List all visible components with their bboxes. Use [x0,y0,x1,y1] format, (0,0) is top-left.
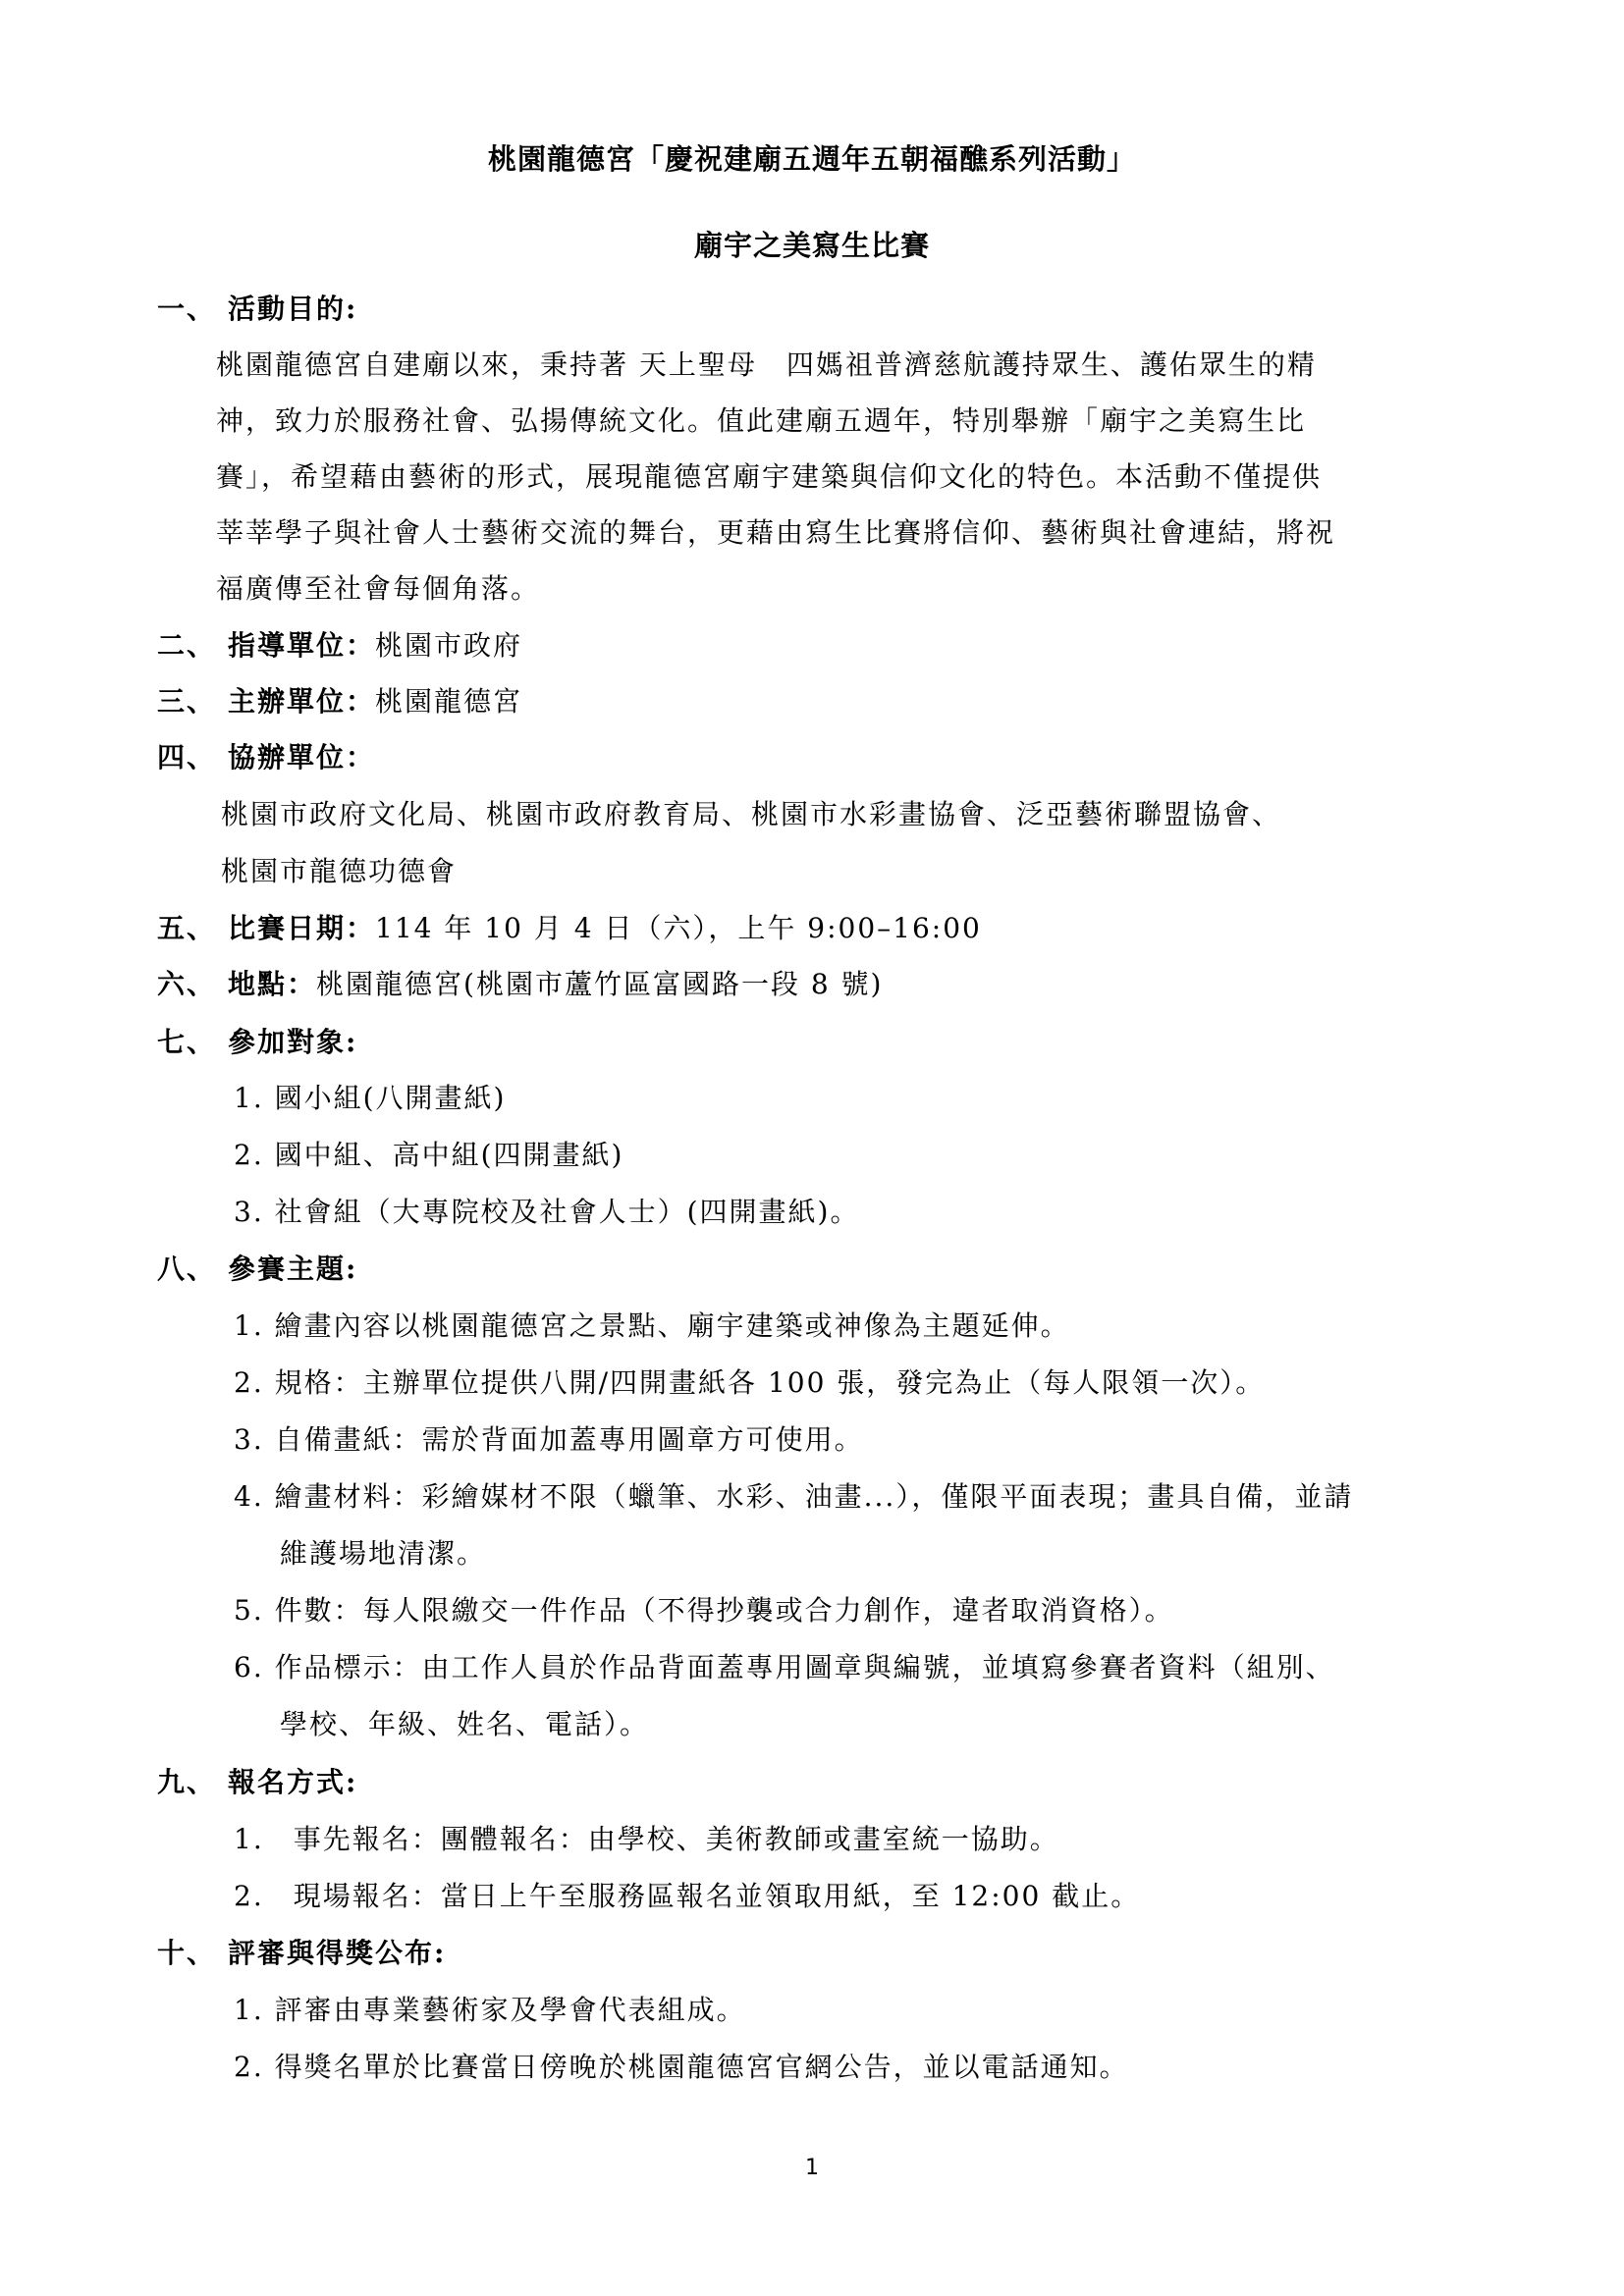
section-number: 二、 [157,624,228,664]
document-page: 桃園龍德宮「慶祝建廟五週年五朝福醮系列活動」 廟宇之美寫生比賽 一、活動目的: … [0,0,1624,2296]
section-title: 比賽日期： [228,912,375,944]
list-item: 3. 自備畫紙：需於背面加蓋專用圖章方可使用。 [234,1418,864,1458]
section-heading-registration: 九、報名方式: [157,1761,357,1800]
paragraph-line: 賽」，希望藉由藝術的形式，展現龍德宮廟宇建築與信仰文化的特色。本活動不僅提供 [216,455,1322,495]
section-value: 桃園龍德宮(桃園市蘆竹區富國路一段 8 號) [316,968,883,1000]
section-title: 報名方式: [228,1766,357,1798]
section-title: 參加對象: [228,1026,357,1058]
section-organizer: 三、主辦單位：桃園龍德宮 [157,680,522,720]
section-heading-co-organizers: 四、協辦單位： [157,736,375,775]
section-number: 五、 [157,907,228,946]
list-item: 1. 事先報名：團體報名：由學校、美術教師或畫室統一協助。 [234,1818,1059,1857]
list-item: 2. 得獎名單於比賽當日傍晚於桃園龍德宮官網公告，並以電話通知。 [234,2046,1129,2085]
section-number: 七、 [157,1021,228,1060]
list-item: 4. 繪畫材料：彩繪媒材不限（蠟筆、水彩、油畫...），僅限平面表現；畫具自備，… [234,1475,1353,1515]
section-title: 主辦單位： [228,685,375,718]
section-heading-purpose: 一、活動目的: [157,288,357,327]
list-item: 1. 評審由專業藝術家及學會代表組成。 [234,1989,746,2028]
list-item: 5. 件數：每人限繳交一件作品（不得抄襲或合力創作，違者取消資格）。 [234,1589,1174,1629]
list-item: 2. 規格：主辦單位提供八開/四開畫紙各 100 張，發完為止（每人限領一次）。 [234,1362,1265,1401]
section-number: 八、 [157,1248,228,1287]
section-title: 指導單位： [228,629,375,662]
section-number: 九、 [157,1761,228,1800]
section-number: 一、 [157,288,228,327]
section-number: 十、 [157,1932,228,1971]
section-number: 四、 [157,736,228,775]
paragraph-line: 神，致力於服務社會、弘揚傳統文化。值此建廟五週年，特別舉辦「廟宇之美寫生比 [216,400,1306,439]
section-value: 114 年 10 月 4 日（六），上午 9:00–16:00 [375,912,982,944]
section-title: 評審與得獎公布: [228,1937,446,1969]
section-advisor: 二、指導單位：桃園市政府 [157,624,522,664]
list-item: 2. 國中組、高中組(四開畫紙) [234,1134,623,1173]
section-title: 參賽主題: [228,1253,357,1285]
section-date: 五、比賽日期：114 年 10 月 4 日（六），上午 9:00–16:00 [157,907,982,946]
list-item: 3. 社會組（大專院校及社會人士）(四開畫紙)。 [234,1191,859,1230]
co-organizer-line: 桃園市龍德功德會 [221,850,457,889]
section-heading-theme: 八、參賽主題: [157,1248,357,1287]
list-item-continuation: 學校、年級、姓名、電話）。 [280,1703,649,1742]
page-number: 1 [0,2156,1624,2180]
section-number: 六、 [157,963,228,1002]
paragraph-line: 桃園龍德宮自建廟以來，秉持著 天上聖母 四媽祖普濟慈航護持眾生、護佑眾生的精 [216,344,1317,383]
section-heading-participants: 七、參加對象: [157,1021,357,1060]
paragraph-line: 莘莘學子與社會人士藝術交流的舞台，更藉由寫生比賽將信仰、藝術與社會連結，將祝 [216,511,1335,551]
section-location: 六、地點：桃園龍德宮(桃園市蘆竹區富國路一段 8 號) [157,963,883,1002]
paragraph-line: 福廣傳至社會每個角落。 [216,567,540,607]
list-item-continuation: 維護場地清潔。 [280,1532,486,1572]
section-heading-judging: 十、評審與得獎公布: [157,1932,446,1971]
document-subtitle: 廟宇之美寫生比賽 [0,224,1624,264]
list-item: 2. 現場報名：當日上午至服務區報名並領取用紙，至 12:00 截止。 [234,1875,1140,1914]
section-number: 三、 [157,680,228,720]
document-title: 桃園龍德宮「慶祝建廟五週年五朝福醮系列活動」 [0,137,1624,178]
section-value: 桃園龍德宮 [375,685,522,718]
list-item: 1. 繪畫內容以桃園龍德宮之景點、廟宇建築或神像為主題延伸。 [234,1305,1070,1344]
section-title: 地點： [228,968,316,1000]
list-item: 6. 作品標示：由工作人員於作品背面蓋專用圖章與編號，並填寫參賽者資料（組別、 [234,1646,1335,1685]
section-value: 桃園市政府 [375,629,522,662]
section-title: 活動目的: [228,293,357,325]
list-item: 1. 國小組(八開畫紙) [234,1077,506,1116]
co-organizer-line: 桃園市政府文化局、桃園市政府教育局、桃園市水彩畫協會、泛亞藝術聯盟協會、 [221,793,1281,832]
section-title: 協辦單位： [228,741,375,774]
